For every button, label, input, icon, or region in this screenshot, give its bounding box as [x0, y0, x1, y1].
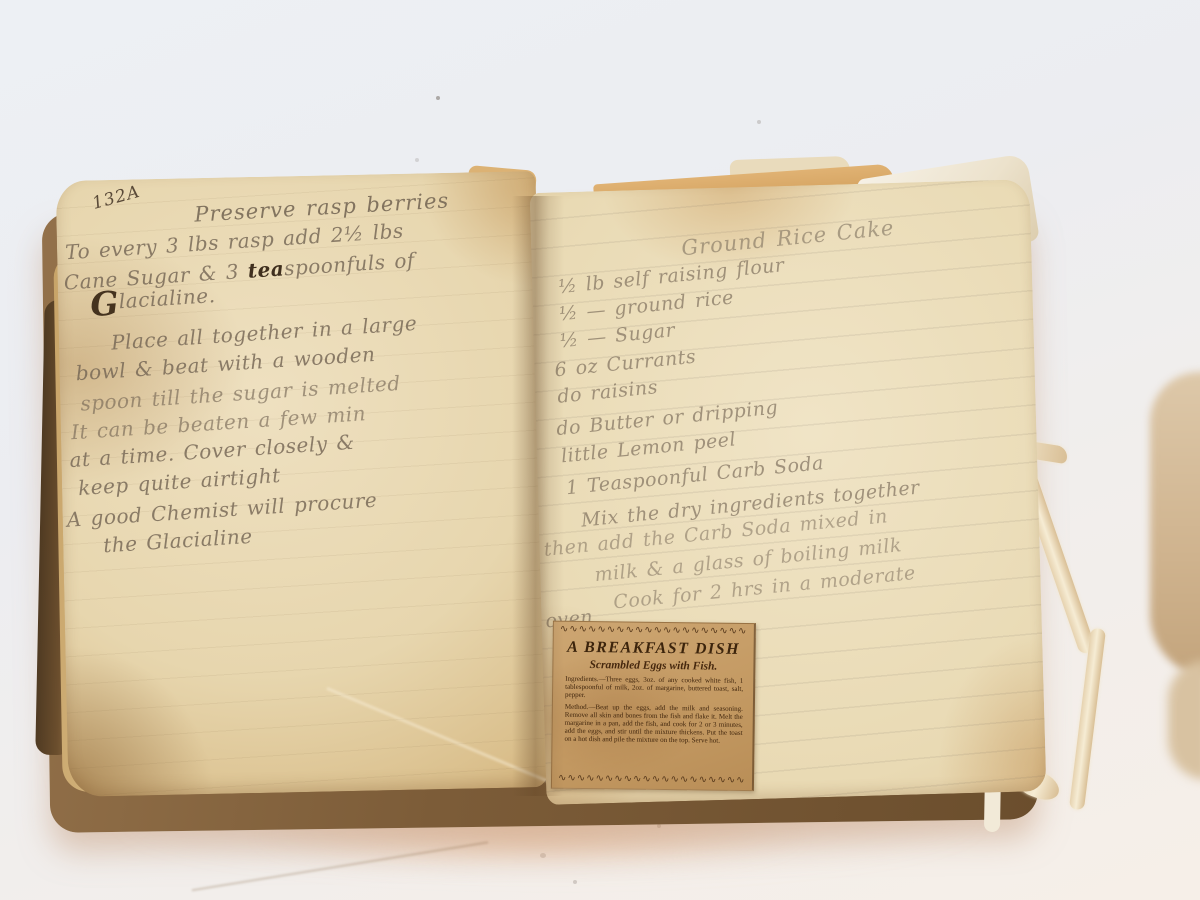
clipping-method: Method.—Beat up the eggs, add the milk a…: [564, 703, 742, 745]
clipping-wave-border-top: ∿∿∿∿∿∿∿∿∿∿∿∿∿∿∿∿∿∿∿∿∿∿∿∿∿∿∿∿: [560, 625, 748, 638]
recipe-title-right: Ground Rice Cake: [680, 216, 895, 261]
handwritten-line: 6 oz Currants: [554, 346, 697, 382]
photo-surface: 132A Preserve rasp berries To every 3 lb…: [0, 0, 1200, 900]
clipping-title: A BREAKFAST DISH: [554, 639, 754, 659]
newspaper-clipping: ∿∿∿∿∿∿∿∿∿∿∿∿∿∿∿∿∿∿∿∿∿∿∿∿∿∿∿∿ A BREAKFAST…: [551, 621, 756, 791]
handwritten-line-glacialine: Glacialine.: [89, 283, 216, 315]
handwritten-line: ½ — Sugar: [559, 319, 676, 352]
ink-overwrite: tea: [247, 256, 285, 282]
dust-speck: [415, 158, 419, 162]
background-object: [1150, 372, 1200, 678]
dust-speck: [436, 96, 440, 100]
handwritten-segment: lacialine.: [118, 283, 216, 313]
fabric-fray: [1069, 628, 1106, 810]
book-gutter: [512, 196, 564, 796]
handwritten-line: do raisins: [556, 376, 659, 408]
recipe-title-left: Preserve rasp berries: [194, 188, 450, 226]
left-page: 132A Preserve rasp berries To every 3 lb…: [56, 171, 549, 797]
handwritten-line: the Glacialine: [103, 524, 254, 558]
dust-speck: [573, 880, 577, 884]
ink-initial: G: [89, 283, 120, 324]
clipping-subtitle: Scrambled Eggs with Fish.: [553, 659, 753, 673]
clipping-ingredients: Ingredients.—Three eggs, 3oz. of any coo…: [565, 675, 743, 701]
background-object-tail: [1168, 660, 1200, 780]
page-number: 132A: [90, 182, 142, 214]
dust-speck: [757, 120, 761, 124]
handwritten-segment: spoonfuls of: [283, 248, 415, 280]
clipping-wave-border-bottom: ∿∿∿∿∿∿∿∿∿∿∿∿∿∿∿∿∿∿∿∿∿∿∿∿∿∿∿∿: [558, 774, 746, 787]
right-page: Ground Rice Cake ½ lb self raising flour…: [530, 179, 1047, 805]
